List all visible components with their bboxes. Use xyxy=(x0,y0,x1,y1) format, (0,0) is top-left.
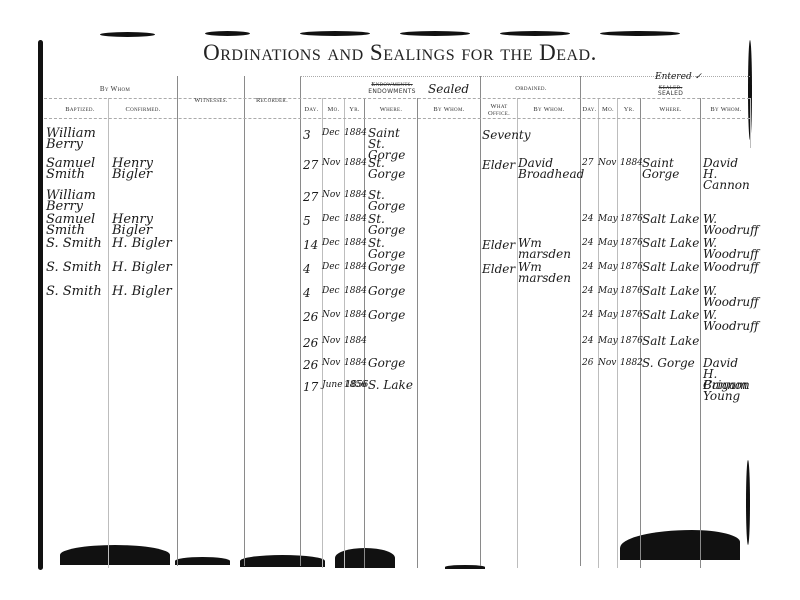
cell-endow-where: S. Lake xyxy=(368,380,416,391)
torn-edge-bottom xyxy=(620,530,740,560)
cell-seal-where: Salt Lake xyxy=(642,238,700,249)
column-divider xyxy=(640,98,641,568)
cell-endow-mo: Dec xyxy=(322,238,340,248)
header-mo: Mo. xyxy=(323,106,344,113)
cell-seal-day: 24 xyxy=(582,262,593,272)
cell-confirmed: Henry Bigler xyxy=(112,158,176,180)
cell-endow-day: 27 xyxy=(303,190,318,204)
cell-endow-mo: Nov xyxy=(322,336,340,346)
header-day: Day. xyxy=(301,106,322,113)
cell-seal-mo: May xyxy=(598,262,618,272)
column-divider xyxy=(244,76,245,566)
torn-edge-top xyxy=(205,31,250,36)
cell-office: Seventy xyxy=(482,128,531,142)
torn-edge-bottom xyxy=(240,555,325,567)
cell-baptized: William Berry xyxy=(46,128,106,150)
cell-endow-day: 26 xyxy=(303,310,318,324)
column-divider xyxy=(580,76,581,566)
cell-seal-yr: 1876 xyxy=(620,262,643,272)
cell-seal-where: Salt Lake xyxy=(642,336,700,347)
cell-endow-where: Gorge xyxy=(368,310,416,321)
cell-endow-yr: 1856 xyxy=(344,380,367,390)
header-yr: Yr. xyxy=(345,106,364,113)
cell-endow-day: 5 xyxy=(303,214,311,228)
cell-endow-yr: 1884 xyxy=(344,286,367,296)
cell-endow-mo: Nov xyxy=(322,190,340,200)
header-by-whom-2: By Whom. xyxy=(701,106,751,113)
header-where-2: Where. xyxy=(641,106,700,113)
header-sealed-overwrite: SEALED xyxy=(648,90,693,97)
header-endowments-overwrite: Endowments xyxy=(362,88,422,95)
cell-seal-by: W. Woodruff xyxy=(703,310,751,332)
cell-endow-where: Gorge xyxy=(368,358,416,369)
cell-seal-where: Saint Gorge xyxy=(642,158,700,180)
column-divider xyxy=(344,98,345,568)
header-rule xyxy=(44,98,750,99)
column-divider xyxy=(177,76,178,566)
cell-seal-mo: May xyxy=(598,214,618,224)
cell-seal-where: Salt Lake xyxy=(642,286,700,297)
scanned-record-page: Ordinations and Sealings for the Dead. B… xyxy=(0,0,800,600)
cell-endow-yr: 1884 xyxy=(344,310,367,320)
cell-confirmed: H. Bigler xyxy=(112,286,176,297)
cell-endow-mo: Dec xyxy=(322,286,340,296)
torn-edge-top xyxy=(300,31,370,36)
header-what-office: What Office. xyxy=(481,103,517,117)
header-by-whom: By Whom. xyxy=(418,106,480,113)
column-divider xyxy=(617,98,618,568)
header-witnesses: Witnesses. xyxy=(180,97,242,104)
cell-endow-mo: Dec xyxy=(322,262,340,272)
cell-confirmed: H. Bigler xyxy=(112,262,176,273)
cell-seal-mo: Nov xyxy=(598,158,616,168)
cell-seal-yr: 1876 xyxy=(620,336,643,346)
cell-seal-where: Salt Lake xyxy=(642,310,700,321)
cell-ordained-by: Wm marsden xyxy=(518,262,580,284)
cell-baptized: S. Smith xyxy=(46,238,106,249)
header-sealed-handwritten: Sealed xyxy=(428,82,469,96)
cell-endow-yr: 1884 xyxy=(344,358,367,368)
page-title: Ordinations and Sealings for the Dead. xyxy=(180,40,620,66)
annotation-entered: Entered ✓ xyxy=(655,72,702,82)
cell-endow-day: 27 xyxy=(303,158,318,172)
cell-seal-day: 24 xyxy=(582,238,593,248)
torn-edge-bottom xyxy=(445,565,485,569)
cell-confirmed: Henry Bigler xyxy=(112,214,176,236)
cell-endow-yr: 1884 xyxy=(344,128,367,138)
cell-seal-mo: May xyxy=(598,238,618,248)
cell-office: Elder xyxy=(482,262,515,276)
cell-endow-mo: Dec xyxy=(322,214,340,224)
cell-ordained-by: David Broadhead xyxy=(518,158,580,180)
column-divider xyxy=(108,98,109,568)
cell-endow-where: Gorge xyxy=(368,286,416,297)
cell-seal-mo: May xyxy=(598,310,618,320)
cell-endow-yr: 1884 xyxy=(344,158,367,168)
cell-endow-mo: Nov xyxy=(322,310,340,320)
cell-seal-by: W. Woodruff xyxy=(703,238,751,260)
cell-endow-where: St. Gorge xyxy=(368,238,416,260)
header-yr-2: Yr. xyxy=(618,106,640,113)
cell-endow-mo: Nov xyxy=(322,158,340,168)
cell-seal-day: 24 xyxy=(582,336,593,346)
cell-seal-mo: May xyxy=(598,286,618,296)
cell-office: Elder xyxy=(482,158,515,172)
column-divider xyxy=(700,98,701,568)
cell-endow-mo: Dec xyxy=(322,128,340,138)
cell-seal-day: 27 xyxy=(582,158,593,168)
torn-edge-top xyxy=(100,32,155,37)
cell-seal-where: Salt Lake xyxy=(642,214,700,225)
header-ordained-by-whom: By Whom. xyxy=(518,106,580,113)
cell-baptized: Samuel Smith xyxy=(46,214,106,236)
cell-endow-where: St. Gorge xyxy=(368,158,416,180)
cell-endow-day: 26 xyxy=(303,336,318,350)
column-divider xyxy=(364,98,365,568)
cell-seal-yr: 1882 xyxy=(620,358,643,368)
cell-office: Elder xyxy=(482,238,515,252)
cell-endow-day: 4 xyxy=(303,286,311,300)
cell-seal-by: W. Woodruff xyxy=(703,214,751,236)
cell-seal-day: 26 xyxy=(582,358,593,368)
cell-seal-by: Brigam Young xyxy=(703,380,751,402)
cell-baptized: S. Smith xyxy=(46,286,106,297)
header-recorder: Recorder. xyxy=(246,97,298,104)
cell-endow-day: 17 xyxy=(303,380,318,394)
cell-seal-day: 24 xyxy=(582,310,593,320)
cell-endow-yr: 1884 xyxy=(344,190,367,200)
header-ordained: Ordained. xyxy=(482,85,580,92)
cell-seal-day: 24 xyxy=(582,214,593,224)
cell-seal-by: Woodruff xyxy=(703,262,751,273)
column-divider xyxy=(322,98,323,568)
cell-endow-yr: 1884 xyxy=(344,214,367,224)
cell-endow-day: 3 xyxy=(303,128,311,142)
cell-endow-yr: 1884 xyxy=(344,238,367,248)
torn-edge-bottom xyxy=(60,545,170,565)
cell-seal-mo: May xyxy=(598,336,618,346)
header-where: Where. xyxy=(365,106,417,113)
cell-seal-yr: 1876 xyxy=(620,286,643,296)
cell-seal-by: David H. Cannon xyxy=(703,158,751,191)
header-confirmed: Confirmed. xyxy=(112,106,174,113)
cell-endow-day: 4 xyxy=(303,262,311,276)
cell-endow-day: 26 xyxy=(303,358,318,372)
column-divider xyxy=(598,98,599,568)
header-baptized: Baptized. xyxy=(55,106,105,113)
torn-edge-right xyxy=(746,460,750,545)
cell-ordained-by: Wm marsden xyxy=(518,238,580,260)
cell-endow-yr: 1884 xyxy=(344,336,367,346)
column-divider xyxy=(417,98,418,568)
cell-seal-mo: Nov xyxy=(598,358,616,368)
cell-seal-yr: 1876 xyxy=(620,238,643,248)
column-divider xyxy=(300,76,301,566)
torn-edge-left xyxy=(38,40,43,570)
cell-baptized: Samuel Smith xyxy=(46,158,106,180)
header-day-2: Day. xyxy=(581,106,598,113)
cell-endow-where: Gorge xyxy=(368,262,416,273)
cell-baptized: William Berry xyxy=(46,190,106,212)
cell-baptized: S. Smith xyxy=(46,262,106,273)
cell-seal-where: Salt Lake xyxy=(642,262,700,273)
cell-confirmed: H. Bigler xyxy=(112,238,176,249)
torn-edge-top xyxy=(400,31,470,36)
torn-edge-top xyxy=(500,31,570,36)
column-divider xyxy=(480,76,481,566)
torn-edge-bottom xyxy=(175,557,230,565)
cell-seal-by: W. Woodruff xyxy=(703,286,751,308)
cell-endow-mo: Nov xyxy=(322,358,340,368)
cell-seal-day: 24 xyxy=(582,286,593,296)
header-by-whom-group: By Whom xyxy=(60,85,170,93)
header-rule xyxy=(44,118,750,119)
cell-endow-where: St. Gorge xyxy=(368,190,416,212)
cell-seal-where: S. Gorge xyxy=(642,358,700,369)
cell-endow-yr: 1884 xyxy=(344,262,367,272)
cell-seal-yr: 1876 xyxy=(620,214,643,224)
cell-seal-yr: 1884 xyxy=(620,158,643,168)
cell-seal-yr: 1876 xyxy=(620,310,643,320)
cell-endow-where: St. Gorge xyxy=(368,214,416,236)
header-endowments-printed: Endowments. xyxy=(362,81,422,88)
cell-endow-day: 14 xyxy=(303,238,318,252)
header-mo-2: Mo. xyxy=(599,106,617,113)
torn-edge-top xyxy=(600,31,680,36)
